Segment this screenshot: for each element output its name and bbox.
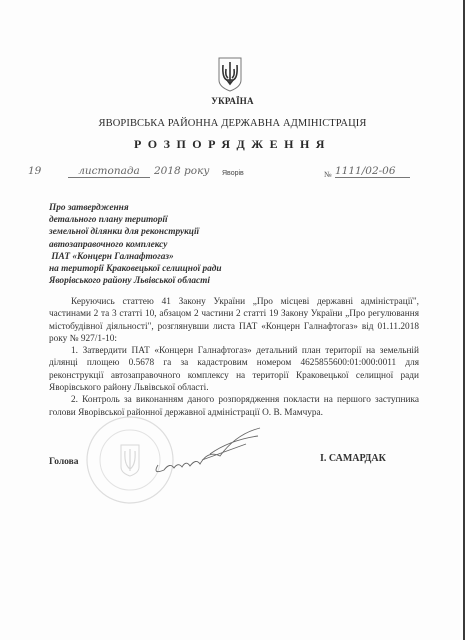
subject-line: ПАТ «Концерн Галнафтогаз» bbox=[49, 251, 222, 263]
signatory-name: І. САМАРДАК bbox=[320, 453, 386, 464]
subject-line: Про затвердження bbox=[49, 202, 222, 214]
number-label: № bbox=[324, 170, 332, 179]
date-day: 19 bbox=[28, 165, 41, 177]
document-title: РОЗПОРЯДЖЕННЯ bbox=[0, 137, 465, 152]
subject-line: детального плану території bbox=[49, 214, 222, 226]
subject-block: Про затвердження детального плану терито… bbox=[49, 202, 222, 287]
date-month: листопада bbox=[68, 165, 150, 178]
document-number: 1111/02-06 bbox=[335, 165, 410, 178]
city-name: Яворів bbox=[222, 170, 244, 177]
subject-line: Яворівського району Львівської області bbox=[49, 275, 222, 287]
preamble-paragraph: Керуючись статтею 41 Закону України „Про… bbox=[49, 296, 419, 345]
subject-line: земельної ділянки для реконструкції bbox=[49, 226, 222, 238]
country-name: УКРАЇНА bbox=[0, 96, 465, 106]
handwritten-signature-icon bbox=[150, 420, 270, 480]
document-body: Керуючись статтею 41 Закону України „Про… bbox=[49, 296, 419, 419]
trident-coat-of-arms-icon bbox=[217, 56, 243, 92]
subject-line: на території Краковецької селищної ради bbox=[49, 263, 222, 275]
administration-name: ЯВОРІВСЬКА РАЙОННА ДЕРЖАВНА АДМІНІСТРАЦІ… bbox=[0, 118, 465, 129]
subject-line: автозаправочного комплексу bbox=[49, 239, 222, 251]
signatory-position: Голова bbox=[49, 457, 79, 467]
clause-1-paragraph: 1. Затвердити ПАТ «Концерн Галнафтогаз» … bbox=[49, 345, 419, 394]
date-year: 2018 року bbox=[154, 165, 209, 177]
